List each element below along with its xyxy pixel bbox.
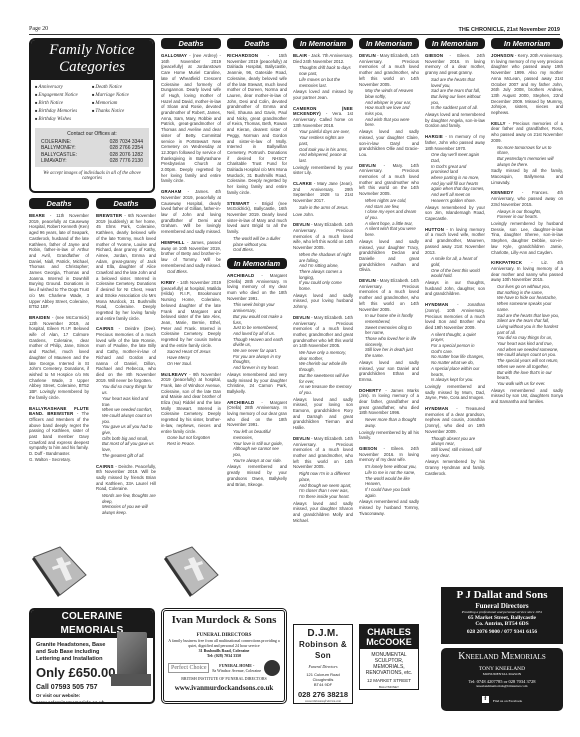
notice-entry: HYNDMAN - Treasured memories of a dear g… xyxy=(425,406,485,476)
notice-entry: DEVLIN - Mary Elizabeth. 14th Anniversar… xyxy=(359,278,419,383)
notice-name: KIRBY xyxy=(161,280,175,285)
verse-line: You gave us all you had to give, xyxy=(102,424,156,435)
verse-line: Those who loved her in life sincerely, xyxy=(365,336,419,347)
section-header-memoriam: In Memoriam xyxy=(491,38,563,49)
notice-name: GIBSON xyxy=(359,446,377,451)
notice-name: HYNDMAN xyxy=(425,406,448,411)
notice-name: KENNEDY xyxy=(491,190,513,195)
column-deaths-1: DeathsBEARE - 11th November 2019, peacef… xyxy=(29,198,89,540)
ad-phone: 028 276 38218 xyxy=(297,690,349,699)
notice-entry: CLARKE - Mary Jane (Jean). 2nd Anniversa… xyxy=(293,181,353,217)
masthead: THE CHRONICLE, 21st November 2019 xyxy=(459,27,560,33)
verse-line: But the sweetness will live for ever, xyxy=(299,373,353,384)
notice-verse: A smile for all, a heart of gold,One of … xyxy=(425,256,485,279)
notice-verse: Words are few, thoughts are deep,Memorie… xyxy=(96,493,156,516)
facebook-icon: f xyxy=(482,696,489,703)
ad-title: Kneeland Memorials xyxy=(444,651,560,663)
facebook-text: Find us on Facebook xyxy=(493,699,522,703)
ad-phone: 028 2076 9000 / 077 9341 6156 xyxy=(443,629,561,635)
verse-line: Memories of you we will always keep. xyxy=(102,504,156,515)
ad-title: Robinson & Son xyxy=(297,639,349,661)
section-header-memoriam: In Memoriam xyxy=(425,38,485,49)
ad-address: BT44 9DF xyxy=(297,682,349,687)
ad-kneeland-memorials: Kneeland Memorials TONY KNEELAND MONUMEN… xyxy=(441,648,563,711)
verse-line: I close my eyes and dream of you. xyxy=(365,209,419,220)
verse-line: Your restless nights are past, xyxy=(299,135,353,146)
call-label: Call xyxy=(36,684,49,691)
verse-line: We cherish our whole life through, xyxy=(299,361,353,372)
column-memoriam-3: In MemoriamGIBSON - Eileen. 24th Novembe… xyxy=(425,38,485,585)
notice-entry: JOHNSON - Kerry. 20th Anniversary. In lo… xyxy=(491,53,563,116)
ad-pj-dallat: P J Dallat and Sons Funeral Directors Pr… xyxy=(441,587,563,644)
notice-entry: GIBSON - Eileen. 24th November 2016. In … xyxy=(359,446,419,516)
category-item: Memoriam xyxy=(92,99,149,107)
verse-line: No more tomorrows for us to share, xyxy=(497,145,563,156)
verse-line: And whispered, peace at last. xyxy=(299,152,353,163)
notice-name: GIBSON xyxy=(425,53,443,58)
ad-website: www.robinsonsofculcrum.com xyxy=(297,699,349,704)
notice-closing: Always remembered by his Granny Hyndman … xyxy=(425,459,485,476)
ad-phone: 07593 505 757 xyxy=(51,684,98,691)
section-header-deaths: Deaths xyxy=(96,198,156,209)
category-item: Birthday Wishes xyxy=(35,115,92,123)
notice-verse: One day we'll meet again Dad,In God's gr… xyxy=(425,152,485,203)
notice-text: - Mary Elizabeth. 14th Anniversary. Prec… xyxy=(293,436,353,470)
verse-line: If you could only come home. xyxy=(299,280,353,291)
notice-closing: Always loved and sadly missed, your daug… xyxy=(359,129,419,158)
notice-closing: Love John. xyxy=(293,212,353,218)
notice-verse: The world will be a duller place without… xyxy=(227,236,287,253)
notice-closing: Always loved and sadly missed, your lovi… xyxy=(293,397,353,431)
crest-icon xyxy=(264,660,280,676)
notice-verse: Safe in the arms of Jesus. xyxy=(293,205,353,211)
section-header-deaths: Deaths xyxy=(227,38,287,49)
ad-ivan-murdock: Ivan Murdock & Sons FUNERAL DIRECTORS A … xyxy=(161,608,287,704)
headstone-base xyxy=(111,674,151,686)
verse-line: One day we'll meet again Dad, xyxy=(431,152,485,163)
verse-line: There always comes a longing, xyxy=(299,269,353,280)
notice-name: DEVLIN xyxy=(359,53,376,58)
verse-line: Never more than a thought away. xyxy=(365,417,419,428)
notice-text: - The Officers and Members of the above … xyxy=(29,411,89,450)
verse-line: As we treasure the memory of you. xyxy=(299,384,353,395)
verse-line: A smile for all, a heart of gold, xyxy=(431,256,485,267)
notice-text: - Deirdre (Dee). Precious memories of a … xyxy=(96,326,156,382)
verse-line: But living our lives without you, xyxy=(431,94,485,105)
ad-phone: Tel: (028) 7034 3350 xyxy=(168,653,280,658)
notice-entry: DEVLIN - Mary Elizabeth. 14th Anniversar… xyxy=(293,436,353,524)
notice-text: - (nee Ardrey) - 16th November 2019 (pea… xyxy=(161,53,221,183)
notice-entry: HARGIE - In memory of my father, John wh… xyxy=(425,134,485,222)
notice-text: - 11th November 2019, peacefully at Caus… xyxy=(29,213,89,309)
notice-text: - 6th November 2019 (suddenly) at her ho… xyxy=(96,213,156,321)
notice-verse: Always in our thoughts,Forever in our he… xyxy=(491,209,563,220)
notice-closing: Always remembered by your son Jim, Islan… xyxy=(425,205,485,222)
notice-text: - Mary Elizabeth. 14th Anniversary. Prec… xyxy=(359,278,419,312)
verse-line: May the winds of Heaven blow softly, xyxy=(365,88,419,99)
notice-signature: G. Walton - Secretary. xyxy=(29,457,89,463)
verse-line: This week brings your anniversary, xyxy=(233,302,287,313)
categories-title-line1: Family Notice xyxy=(31,42,153,59)
notice-name: KELLY xyxy=(491,121,506,126)
verse-line: But most of all you gave us love, xyxy=(102,441,156,452)
notice-entry: HEMPHILL - James, passed away on 10th No… xyxy=(161,240,221,275)
notice-entry: ARCHIBALD - Margaret (Orella) 28th Anniv… xyxy=(227,273,287,395)
notice-closing: Always remembered and sadly missed by hu… xyxy=(359,499,419,516)
ad-website: www.colerainememorials.co.uk xyxy=(36,700,148,704)
verse-line: If I could have you back again. xyxy=(365,487,419,498)
verse-line: Rest in Peace. xyxy=(167,441,221,447)
notice-entry: CAIRNS - Deirdre (Dee). Precious memorie… xyxy=(96,326,156,458)
category-item: Thanks Notice xyxy=(92,107,149,115)
notice-closing: Always in our thoughts, husband John, da… xyxy=(425,280,485,297)
notice-closing: Lovingly remembered by your sister Lily. xyxy=(293,165,353,176)
notice-entry: DOHERTY - James Marks (Jim). In loving m… xyxy=(359,388,419,441)
notice-verse: When the shadows of night are falling,An… xyxy=(293,252,353,292)
verse-line: The world will be a duller place without… xyxy=(233,236,287,247)
verse-line: Sad are the hearts that loved you, xyxy=(431,77,485,88)
notice-verse: Right now I'm in a different place,And t… xyxy=(293,471,353,500)
notice-verse: Sad are the hearts that loved you,Sad ar… xyxy=(425,77,485,111)
notice-verse: God Bless. xyxy=(161,269,221,275)
ad-djm-robinson: D.J.M. Robinson & Son Funeral Directors … xyxy=(293,624,353,704)
category-item: Engagement Notice xyxy=(35,91,92,99)
notice-entry: ARCHIBALD - Margaret (Orella) 28th Anniv… xyxy=(227,400,287,488)
notice-name: DEVLIN xyxy=(359,278,376,283)
ad-coleraine-memorials: COLERAINE MEMORIALS Granite Headstones, … xyxy=(29,608,155,704)
verse-line: But you would not make a fuss, xyxy=(233,314,287,325)
office-row: LIMAVADY:028 7776 2130 xyxy=(41,158,143,164)
notice-name: BLAIR xyxy=(293,53,307,58)
verse-line: Life to me is not the same, xyxy=(365,470,419,476)
verse-line: Thoughts drift back to days now past, xyxy=(299,65,353,76)
verse-line: But with the love that's in our hearts, xyxy=(497,370,563,381)
verse-line: Still loved, still missed, still very de… xyxy=(431,447,485,458)
notice-verse: You did so many things for us.Your heart… xyxy=(96,384,156,458)
verse-line: Although we cannot see you, xyxy=(233,446,287,457)
notice-name: ARCHIBALD xyxy=(227,400,254,405)
verse-line: Right now I'm in a different place, xyxy=(299,471,353,482)
notice-verse: Your painful days are over,Your restless… xyxy=(293,129,353,163)
contact-title: Contact our Offices at: xyxy=(41,131,143,137)
column-memoriam-1: In MemoriamBLAIR - Jack. 7th Anniversary… xyxy=(293,38,353,620)
notice-verse: You left us beautiful memories,Your love… xyxy=(227,429,287,463)
category-item: Birth Notice xyxy=(35,99,92,107)
ad-desc: A family business free from all multinat… xyxy=(168,638,280,648)
column-deaths-2: DeathsBREWSTER - 6th November 2019 (sudd… xyxy=(96,198,156,545)
accept-note: We accept images of individuals in all o… xyxy=(31,169,153,183)
headstone-image xyxy=(117,632,147,680)
notice-name: JOHNSON xyxy=(491,53,514,58)
ad-title: McCOOKE xyxy=(360,637,418,647)
office-phone: 028 7776 2130 xyxy=(110,158,143,164)
notice-name: DOHERTY xyxy=(359,388,381,393)
verse-line: Life moves on but the memories last. xyxy=(299,77,353,88)
notice-name: KIRKPATRICK xyxy=(491,260,522,265)
verse-line: A special place within our hearts, xyxy=(431,366,485,377)
notice-verse: No more tomorrows for us to share,But ye… xyxy=(491,145,563,168)
notice-name: GALLOWAY xyxy=(161,53,187,58)
section-header-deaths: Deaths xyxy=(29,198,89,209)
notice-closing: Sadly missed by all the family, Macosqui… xyxy=(491,168,563,185)
notice-text: - 15th November 2019 (peacefully) at Dal… xyxy=(227,53,287,195)
notice-name: HYNDMAN xyxy=(425,302,448,307)
ad-charles-mccooke: CHARLESMcCOOKE MONUMENTAL SCULPTOR, MEMO… xyxy=(359,624,419,690)
notice-verse: When nights are cold,And stars are few,I… xyxy=(359,198,419,238)
notice-entry: KIRBY - 14th November 2019 (peacefully) … xyxy=(161,280,221,367)
verse-line: But yesterday's memories will always be … xyxy=(497,156,563,167)
notice-verse: Thoughts drift back to days now past,Lif… xyxy=(293,65,353,88)
notice-closing: Always loved and remembered by daughter … xyxy=(425,112,485,129)
notice-text: - Mary. 14th Anniversary. Precious memor… xyxy=(359,163,419,197)
bible-cross-icon xyxy=(30,545,88,597)
institute-text: BRITISH INSTITUTE OF FUNERAL DIRECTORS xyxy=(168,676,280,681)
notice-name: DEVLIN xyxy=(359,163,376,168)
notice-entry: DEVLIN - Mary Elizabeth. 14th Anniversar… xyxy=(293,222,353,310)
ad-title: CHARLES xyxy=(360,627,418,637)
ad-address: Co. Antrim, BT54 6DS xyxy=(443,621,561,627)
notice-closing: Always loved and missed by your partner … xyxy=(293,89,353,100)
notice-entry: KENNEDY - Frances. 4th Anniversary, who … xyxy=(491,190,563,255)
notice-entry: CAMERON (NEE MCKENDRY) - Vera. 1st Anniv… xyxy=(293,106,353,176)
verse-line: Is always kept for you. xyxy=(431,377,485,383)
verse-line: You're always at our side. xyxy=(233,458,287,464)
notice-name: BRAIDEN xyxy=(29,315,50,320)
page-number: Page 20 xyxy=(29,26,48,32)
notice-name: BEARE xyxy=(29,213,45,218)
notice-text: - James. 4th November 2019, peacefully a… xyxy=(161,189,221,234)
notice-verse: Gone but not forgottenRest in Peace. xyxy=(161,435,221,446)
notice-name: HARGIE xyxy=(425,134,443,139)
ad-title: P J Dallat and Sons xyxy=(443,589,561,602)
verse-line: Though Heaven and earth divide us, xyxy=(233,337,287,348)
section-header-memoriam: In Memoriam xyxy=(293,38,353,49)
notice-name: DEVLIN xyxy=(293,436,310,441)
category-item: Birthday Memories xyxy=(35,107,92,115)
verse-line: The world would be like Heaven, xyxy=(365,476,419,487)
notice-entry: RICHARDSON - 15th November 2019 (peacefu… xyxy=(227,53,287,196)
verse-line: God Bless. xyxy=(233,247,287,253)
notice-entry: BREWSTER - 6th November 2019 (suddenly) … xyxy=(96,213,156,321)
notice-verse: Our lives go on without you,But nothing … xyxy=(491,284,563,387)
notice-text: - Brigid (nee McGoldrick), Ballycastle, … xyxy=(227,201,287,235)
notice-verse: This week brings your anniversary,But yo… xyxy=(227,302,287,370)
verse-line: A silent thought, a quiet prayer, xyxy=(431,332,485,343)
verse-line: Words are few, thoughts are deep, xyxy=(102,493,156,504)
notice-entry: HYNDMAN - Jonathan (Jonny). 10th Anniver… xyxy=(425,302,485,401)
notice-name: HUTTON xyxy=(425,227,444,232)
notice-entry: BRAIDEN - (nee McCormick) 12th November … xyxy=(29,315,89,401)
verse-line: On Her Soul. xyxy=(167,361,221,367)
verse-line: Sweet memories cling to her name, xyxy=(365,325,419,336)
notice-closing: Always remembered and sadly missed by so… xyxy=(491,388,563,405)
verse-line: Forever in our hearts. xyxy=(497,214,563,220)
ad-role: MONUMENTAL MASON xyxy=(444,672,560,677)
verse-line: You did so many things for us. xyxy=(102,384,156,395)
notice-text: - Kerry. 20th Anniversary. In loving mem… xyxy=(491,53,563,115)
verse-line: You walk with us for ever. xyxy=(497,381,563,387)
notice-closing: Lovingly remembered and sadly missed by … xyxy=(425,384,485,401)
verse-line: where parting is no more, xyxy=(431,175,485,181)
notice-entry: HUTTON - In loving memory of a much love… xyxy=(425,227,485,297)
notice-entry: DEVLIN - Mary Elizabeth, 14th Anniversar… xyxy=(359,53,419,158)
verse-line: In our home she is fondly remembered, xyxy=(365,313,419,324)
notice-text: - Mary Elizabeth, 14th Anniversary. Prec… xyxy=(359,53,419,87)
office-name: LIMAVADY: xyxy=(41,158,67,164)
notice-closing: Always loved and sadly missed, your lovi… xyxy=(293,293,353,310)
notice-name: CAIRNS xyxy=(96,464,114,469)
notice-entry: STEWART - Brigid (nee McGoldrick), Bally… xyxy=(227,201,287,253)
notice-entry: BALLYRASHANE FLUTE BAND. BREWSTER - The … xyxy=(29,406,89,463)
notice-name: CLARKE xyxy=(293,181,312,186)
ad-website: www.ivanmurdockandsons.co.uk xyxy=(168,684,280,692)
notice-verse: It's lonely here without you,Life to me … xyxy=(359,464,419,498)
notice-text: - 14th November 2019 (peacefully) at hos… xyxy=(161,280,221,348)
verse-line: We have only a memory, dear mother, xyxy=(299,350,353,361)
notice-name: HEMPHILL xyxy=(161,240,185,245)
notice-verse: Sacred Heart Of Jesus Have MercyOn Her S… xyxy=(161,349,221,366)
column-deaths-4: DeathsRICHARDSON - 15th November 2019 (p… xyxy=(227,38,287,600)
verse-line: When the shadows of night are falling, xyxy=(299,252,353,263)
notice-verse: A silent thought, a quiet prayer,For a s… xyxy=(425,332,485,383)
column-memoriam-2: In MemoriamDEVLIN - Mary Elizabeth, 14th… xyxy=(359,38,419,620)
verse-line: Though absent you are always near, xyxy=(431,436,485,447)
verse-line: For you are always in my thoughts, xyxy=(233,354,287,365)
verse-line: The greatest gift of all. xyxy=(102,453,156,459)
verse-line: I'm there inside your heart. xyxy=(299,494,353,500)
notice-closing: Always remembered and very sadly missed … xyxy=(227,372,287,395)
verse-line: When someone speaks your name. xyxy=(497,301,563,312)
section-header-memoriam: In Memoriam xyxy=(359,38,419,49)
notice-entry: DEVLIN - Mary Elizabeth. 14th Anniversar… xyxy=(293,315,353,431)
notice-entry: KELLY - Precious memories of a dear fath… xyxy=(491,121,563,186)
section-header-memoriam: In Memoriam xyxy=(227,258,287,269)
notice-verse: In our home she is fondly remembered,Swe… xyxy=(359,313,419,359)
verse-line: Safe in the arms of Jesus. xyxy=(299,205,353,211)
ad-line: RENOVATIONS, etc. xyxy=(363,670,415,676)
notice-entry: KIRKPATRICK - Liz. 4th Anniversary. In l… xyxy=(491,260,563,405)
verse-line: For a special person in God's care. xyxy=(431,343,485,354)
notice-name: GRAHAM xyxy=(161,189,182,194)
column-memoriam-4: In MemoriamJOHNSON - Kerry. 20th Anniver… xyxy=(491,38,563,585)
verse-line: And joy will fill our hearts again when … xyxy=(431,181,485,192)
perfect-choice-logo: Perfect Choice xyxy=(168,663,209,673)
notice-entry: DEVLIN - Mary. 14th Anniversary. Preciou… xyxy=(359,163,419,273)
verse-line: Still love her in death just the same. xyxy=(365,347,419,358)
verse-line: It's lonely here without you, xyxy=(365,464,419,470)
funeral-home-address: 8a Windsor Avenue, Coleraine xyxy=(212,668,261,673)
verse-line: Your heart was kind and true. xyxy=(102,396,156,407)
notice-entry: CAIRNS - Deirdre. Peacefully, 8th Novemb… xyxy=(96,464,156,516)
office-contacts: Contact our Offices at: COLERAINE:028 70… xyxy=(35,128,149,167)
verse-line: And we'll all meet on Heaven's golden sh… xyxy=(431,192,485,203)
categories-title-line2: Categories xyxy=(31,59,153,76)
verse-line: Living without you is the hardest part o… xyxy=(497,324,563,335)
category-item: Anniversary xyxy=(35,83,92,91)
notice-entry: McILREAVY - 9th November 2019 (peacefull… xyxy=(161,372,221,447)
category-item: Marriage Notice xyxy=(92,91,149,99)
verse-line: And forever in my heart. xyxy=(233,365,287,371)
notice-name: DEVLIN xyxy=(293,315,310,320)
ad-title: D.J.M. xyxy=(297,628,349,639)
ad-title: Ivan Murdock & Sons xyxy=(168,614,280,627)
notice-entry: BLAIR - Jack. 7th Anniversary. Died 24th… xyxy=(293,53,353,101)
notice-text: - (nee McCormick) 12th November 2019, at… xyxy=(29,315,89,400)
notice-verse: We have only a memory, dear mother,We ch… xyxy=(293,350,353,396)
category-item: Death Notice xyxy=(92,83,149,91)
notice-closing: Lovingly remembered by all his family. xyxy=(359,430,419,441)
bible-cross-icon xyxy=(162,545,220,597)
notice-entry: GRAHAM - James. 4th November 2019, peace… xyxy=(161,189,221,235)
family-notice-categories-box: Family Notice Categories Anniversary Dea… xyxy=(29,38,155,193)
verse-line: Sacred Heart Of Jesus Have Mercy xyxy=(167,349,221,360)
notice-text: - Mary Elizabeth. 14th Anniversary. Prec… xyxy=(293,315,353,349)
web-label: Or visit our website: xyxy=(36,693,148,699)
verse-line: God Bless. xyxy=(167,269,221,275)
verse-line: One of the best this world would hold. xyxy=(431,268,485,279)
notice-name: CAIRNS xyxy=(96,326,114,331)
notice-entry: GIBSON - Eileen. 24th November 2016. In … xyxy=(425,53,485,129)
verse-line: How much we love and miss you, xyxy=(365,105,419,116)
notice-closing: Always loved and sadly missed, your son … xyxy=(359,360,419,383)
notice-verse: Though absent you are always near,Still … xyxy=(425,436,485,459)
notice-name: RICHARDSON xyxy=(227,53,258,58)
notice-name: DEVLIN xyxy=(293,222,310,227)
notice-entry: GALLOWAY - (nee Ardrey) - 16th November … xyxy=(161,53,221,184)
notice-text: - 9th November 2019 (peacefully) at hosp… xyxy=(161,372,221,434)
verse-line: And wish that you were here. xyxy=(365,117,419,128)
notice-entry: BEARE - 11th November 2019, peacefully a… xyxy=(29,213,89,310)
ad-subtitle: Funeral Directors xyxy=(443,602,561,610)
notice-name: McILREAVY xyxy=(161,372,187,377)
ad-subtitle: Funeral Directors xyxy=(297,664,349,669)
notice-verse: May the winds of Heaven blow softly,And … xyxy=(359,88,419,128)
notice-name: STEWART xyxy=(227,201,249,206)
notice-closing: Always loved and sadly missed, your daug… xyxy=(359,239,419,273)
notice-closing: Always loved and sadly missed, your daug… xyxy=(293,501,353,524)
verse-line: You left us beautiful memories, xyxy=(233,429,287,440)
notice-verse: Never more than a thought away. xyxy=(359,417,419,428)
category-list: Anniversary Death Notice Engagement Noti… xyxy=(31,80,153,126)
notice-closing: Always remembered and greatly missed by … xyxy=(227,464,287,487)
verse-line: Is the saddest part of all. xyxy=(431,105,485,111)
notice-name: ARCHIBALD xyxy=(227,273,254,278)
verse-line: We could always count on you. xyxy=(102,413,156,424)
column-deaths-3: DeathsGALLOWAY - (nee Ardrey) - 16th Nov… xyxy=(161,38,221,545)
notice-name: BREWSTER xyxy=(96,213,122,218)
header-rule xyxy=(29,34,560,35)
verse-line: In God's great and promised land xyxy=(431,164,485,175)
section-header-deaths: Deaths xyxy=(161,38,221,49)
verse-line: A silent wish that you were here. xyxy=(365,226,419,237)
notice-closing: Lovingly remembered by husband Dessie, s… xyxy=(491,221,563,255)
